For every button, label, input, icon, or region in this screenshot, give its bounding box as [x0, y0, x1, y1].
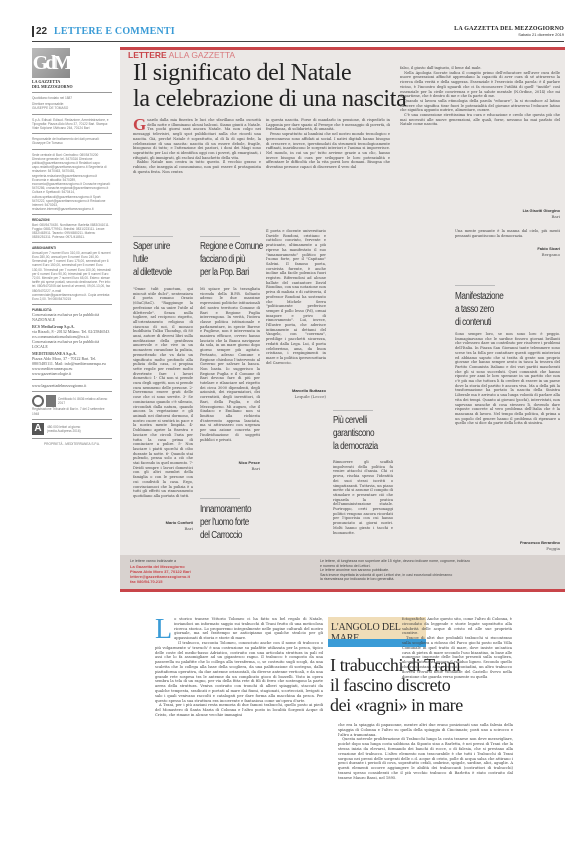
letter6-signature: Francesco Berardino	[455, 540, 560, 545]
letter3-place: Lequile (Lecce)	[266, 394, 326, 399]
ads-cert-icon	[46, 395, 56, 407]
letter5-signature: Fabio Sicari	[455, 246, 560, 251]
redazioni: Bari: 080/5470430. Nordbarese: Barletta …	[32, 223, 112, 240]
letter2-title: Regione e Comunefacciano di piùper la Po…	[200, 240, 263, 279]
letter4-title: Più cervelligarantisconola democrazia	[333, 414, 378, 453]
rcs-text: via Rizzoli, 8 - 20132 Milano. Tel. 02/2…	[32, 329, 112, 339]
certificate: Certificato N. 8636 relativo all'anno 20…	[58, 397, 112, 405]
dropcap: G	[133, 118, 146, 132]
info-fax: fax 080/54.70.215	[130, 579, 191, 584]
logo-name: LA GAZZETTADEL MEZZOGIORNO	[32, 80, 112, 89]
lead-signature: Lia Gisotti Giorgino	[460, 208, 560, 213]
main-headline: Il significato del Natale la celebrazion…	[133, 60, 407, 112]
letters-info-box: Le lettere vanno indirizzate a La Gazzet…	[120, 555, 565, 592]
registration: Registrazione Tribunale di Bari n. 7 del…	[32, 407, 112, 415]
readers-source: (media Audipress 2016)	[47, 429, 81, 433]
company-info: S.p.A. Edisud: Edisud. Redazione, Ammini…	[32, 118, 112, 131]
abbonamenti: Annuali per 7 numeri Euro 310,00, annual…	[32, 251, 112, 301]
lead-letter-col2: in questa nascita. Forse di mandarlo in …	[266, 118, 390, 170]
letter3-title: Innamoramentoper l'uomo fortedel Carrocc…	[200, 503, 251, 542]
ownership: PROPRIETÀ - MEDITERRANEA S.P.A.	[32, 442, 112, 446]
colophon-sidebar: GdM LA GAZZETTADEL MEZZOGIORNO Quotidian…	[32, 48, 112, 446]
letter5-place: Bergamo	[455, 252, 560, 257]
trabucchi-wide: che era la spiaggia di papasonne, mentre…	[338, 723, 513, 781]
section-title: LETTERE E COMMENTI	[54, 26, 175, 37]
page-number: 22	[32, 26, 47, 37]
certification-seal-icon	[32, 395, 44, 407]
letter1-title: Saper unirel'utileal dilettevole	[133, 240, 172, 279]
pubblicita-text: Concessionaria esclusiva per la pubblici…	[32, 312, 112, 322]
letter4-body: Rimuovere gli scaffali impolverati della…	[333, 460, 393, 552]
letter2-body: Mi spiace per la travagliata vicenda del…	[200, 287, 260, 442]
audipress-icon: A	[32, 423, 44, 435]
trabucchi-col1: L o storico tranese Vittorio Tolomeo ci …	[155, 617, 323, 718]
letter1-body: "Omne tulit punctum, qui miscuit utile d…	[133, 287, 193, 499]
lead-place: Bari	[460, 214, 560, 219]
letter5-body: Una mente pensante è la manna dal cielo,…	[455, 229, 560, 238]
letter3-signature: Marcello Buttazzo	[266, 388, 326, 393]
website-link[interactable]: www.lagazzettadelmezzogiorno.it	[32, 383, 112, 388]
newspaper-logo: GdM	[32, 48, 70, 78]
letter2-place: Bari	[200, 466, 260, 471]
lead-letter-col1: G uardo dalla mia finestra le luci che s…	[133, 118, 261, 174]
dropcap-blue: L	[155, 617, 172, 643]
letter6-body: Sono sempre loro, se non sono loro è peg…	[455, 332, 560, 537]
page-header: 22 LETTERE E COMMENTI LA GAZZETTA DEL ME…	[32, 26, 564, 42]
letter2-signature: Nico Pesce	[200, 460, 260, 465]
lead-letter-col3: falso, il giusto dall'ingiusto, il bene …	[400, 66, 560, 127]
founded: Quotidiano fondato nel 1887	[32, 96, 112, 100]
director: GIUSEPPE DE TOMASO	[32, 106, 112, 110]
letter1-place: Bari	[133, 526, 193, 531]
letter6-place: Foggia	[455, 546, 560, 551]
issue-date: Sabato 21 dicembre 2019	[454, 32, 564, 37]
kicker: LETTERE ALLA GAZZETTA	[128, 50, 235, 60]
letter6-title: Manifestazionea tasso zerodi contenuti	[455, 290, 503, 329]
locale-text: Concessionaria esclusiva per la pubblici…	[32, 339, 112, 349]
mediterranea-text: Piazza Aldo Moro, 37 - 70122 Bari. Tel. …	[32, 356, 112, 376]
masthead: LA GAZZETTA DEL MEZZOGIORNO Sabato 21 di…	[454, 26, 564, 37]
contacts: Sede centrale di Bari: Centralino: 080/5…	[32, 153, 112, 212]
letter1-signature: Mario Conforti	[133, 520, 193, 525]
privacy-info: Responsabile del trattamento dei dati pe…	[32, 137, 112, 145]
trabucchi-col3: fotografiche. Anche questo sito, come l'…	[402, 617, 512, 679]
